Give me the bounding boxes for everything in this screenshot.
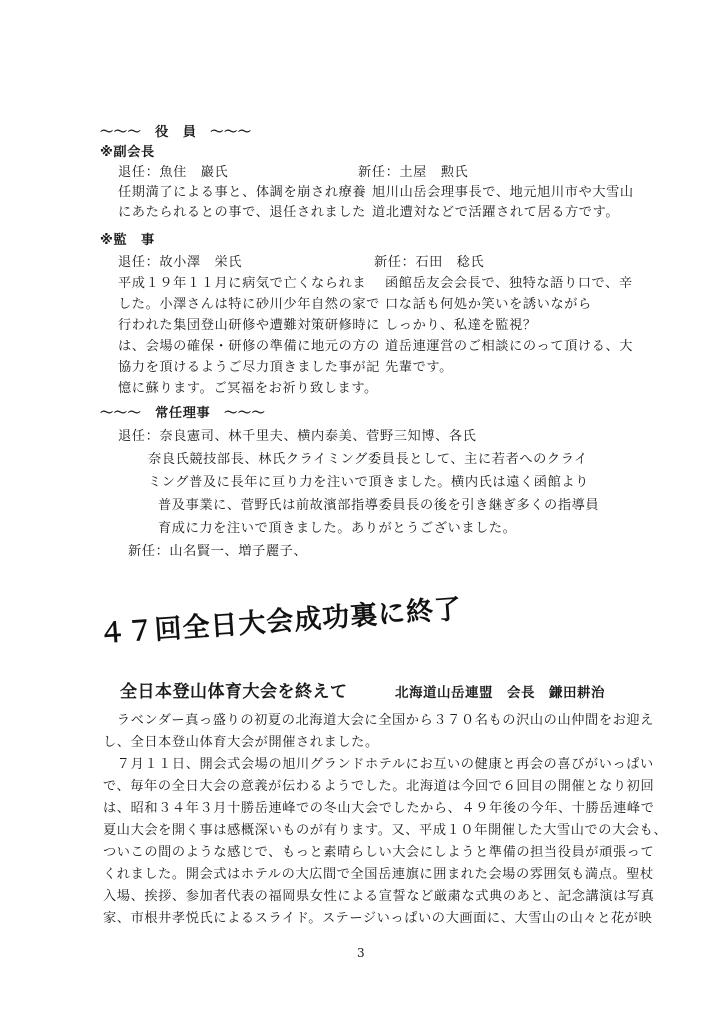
article-paragraph-line: ラベンダー真っ盛りの初夏の北海道大会に全国から３７０名もの沢山の山仲間をお迎え (103, 712, 654, 730)
auditor-label: ※監 事 (100, 232, 155, 250)
auditor-retired-line: 行われた集団登山研修や遭難対策研修時に (118, 317, 380, 335)
standing-directors-line: ミング普及に長年に亘り力を注いで頂きました。横内氏は遠く函館より (148, 474, 589, 492)
document-page: ～～～ 役 員 ～～～ ※副会長 退任：魚住 巖氏 任期満了による事と、体調を崩… (0, 0, 724, 1024)
vice-president-retired-line: 任期満了による事と、体調を崩され療養 (118, 184, 366, 202)
vice-president-new-line: 旭川山岳会理事長で、地元旭川市や大雪山 (372, 184, 634, 202)
article-paragraph-line: ７月１１日、開会式会場の旭川グランドホテルにお互いの健康と再会の喜びがいっぱい (103, 756, 654, 774)
standing-directors-new: 新任：山名賢一、増子麗子、 (128, 543, 307, 561)
article-paragraph-line: くれました。開会式はホテルの大広間で全国岳連旗に囲まれた会場の雰囲気も満点。聖杖 (103, 866, 654, 884)
standing-directors-retired: 退任：奈良憲司、林千里夫、横内泰美、菅野三知博、各氏 (118, 428, 476, 446)
auditor-retired-line: 協力を頂けるようご尽力頂きました事が記 (118, 359, 380, 377)
standing-directors-line: 普及事業に、菅野氏は前故濱部指導委員長の後を引き継ぎ多くの指導員 (158, 497, 599, 515)
article-paragraph-line: は、昭和３４年３月十勝岳連峰での冬山大会でしたから、４９年後の今年、十勝岳連峰で (103, 800, 655, 818)
article-paragraph-line: 夏山大会を開く事は感概深いものが有ります。又、平成１０年開催した大雪山での大会も… (103, 822, 667, 840)
auditor-retired-line: した。小澤さんは特に砂川少年自然の家で (118, 296, 380, 314)
vice-president-retired: 退任：魚住 巖氏 (118, 164, 228, 182)
auditor-retired: 退任：故小澤 栄氏 (118, 254, 242, 272)
standing-directors-line: 奈良氏競技部長、林氏クライミング委員長として、主に若者へのクライ (148, 451, 588, 469)
article-paragraph-line: ついこの間のような感じで、もっと素晴らしい大会にしようと準備の担当役員が頑張って (103, 844, 654, 862)
article-author: 北海道山岳連盟 会長 鎌田耕治 (395, 681, 605, 701)
vice-president-retired-line: にあたられるとの事で、退任されました (118, 204, 366, 222)
article-paragraph-line: 家、市根井孝悦氏によるスライド。ステージいっぱいの大画面に、大雪山の山々と花が映 (103, 910, 652, 928)
article-paragraph-line: で、毎年の全日大会の意義が伝わるようでした。北海道は今回で６回目の開催となり初回 (103, 778, 654, 796)
auditor-new-line: 函館岳友会会長で、独特な語り口で、辛 (385, 275, 633, 293)
article-paragraph-line: 入場、挨拶、参加者代表の福岡県女性による宣誓など厳粛な式典のあと、記念講演は写真 (103, 888, 655, 906)
auditor-retired-line: 憶に蘇ります。ご冥福をお祈り致します。 (118, 380, 378, 398)
vice-president-new-line: 道北遭対などで活躍されて居る方です。 (372, 204, 619, 222)
officers-heading: ～～～ 役 員 ～～～ (100, 124, 252, 142)
article-title: ４７回全日大会成功裏に終了 (97, 587, 463, 651)
vice-president-label: ※副会長 (100, 144, 155, 162)
auditor-retired-line: 平成１９年１１月に病気で亡くなられま (118, 275, 366, 293)
auditor-retired-line: は、会場の確保・研修の準備に地元の方の (118, 338, 380, 356)
page-number: 3 (357, 946, 365, 960)
auditor-new: 新任：石田 稔氏 (374, 254, 484, 272)
auditor-new-line: しっかり、私達を監視？ (385, 317, 537, 335)
vice-president-new: 新任：土屋 勲氏 (358, 164, 468, 182)
standing-directors-line: 育成に力を注いで頂きました。ありがとうございました。 (158, 520, 516, 538)
article-paragraph-line: し、全日本登山体育大会が開催されました。 (103, 734, 379, 752)
auditor-new-line: 口な話も何処か笑いを誘いながら (385, 296, 592, 314)
auditor-new-line: 道岳連運営のご相談にのって頂ける、大 (385, 338, 633, 356)
auditor-new-line: 先輩です。 (385, 359, 453, 377)
article-subtitle: 全日本登山体育大会を終えて (120, 677, 348, 702)
standing-directors-heading: ～～～ 常任理事 ～～～ (100, 405, 265, 423)
